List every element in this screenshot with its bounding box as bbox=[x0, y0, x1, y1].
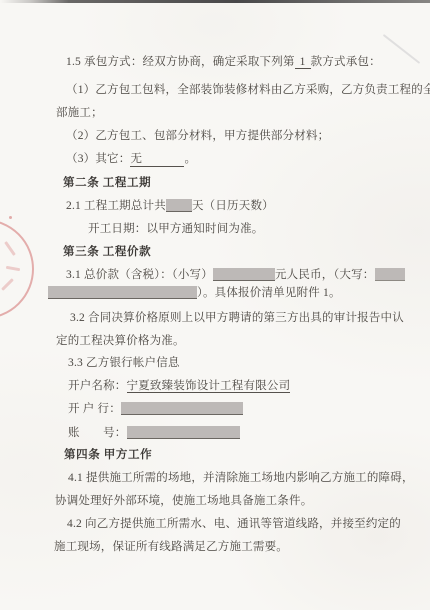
account-number-label: 账 号： bbox=[68, 427, 127, 439]
section-3-heading: 第三条 工程价款 bbox=[63, 245, 151, 259]
scanned-contract-page: 1.5 承包方式：经双方协商，确定采取下列第1款方式承包： （1）乙方包工包料，… bbox=[0, 0, 430, 610]
clause-4-1-text: 4.1 提供施工所需的场地，并清除施工场地内影响乙方施工的障碍， bbox=[68, 472, 414, 484]
clause-3-1-line-1: 3.1 总价款（含税）：（小写）元人民币，（大写： bbox=[66, 268, 405, 282]
redacted-account-number bbox=[127, 426, 240, 439]
clause-3-2-line-2: 定的工程决算价格为准。 bbox=[56, 334, 185, 348]
option-1-line-1: （1）乙方包工包料，全部装饰装修材料由乙方采购，乙方负责工程的全 bbox=[66, 83, 430, 97]
seal-text-mark bbox=[4, 241, 16, 256]
clause-4-1-text-cont: 协调处理好外部环境，使施工场地具备施工条件。 bbox=[55, 495, 312, 507]
start-date-line: 开工日期：以甲方通知时间为准。 bbox=[88, 222, 264, 236]
seal-text-mark bbox=[6, 266, 20, 271]
clause-2-1-prefix: 2.1 工程工期总计共 bbox=[66, 200, 166, 212]
bank-label: 开 户 行： bbox=[68, 403, 121, 415]
redacted-duration-value bbox=[166, 199, 192, 212]
red-seal-stamp bbox=[0, 219, 34, 319]
clause-3-2-line-1: 3.2 合同决算价格原则上以甲方聘请的第三方出具的审计报告中认 bbox=[70, 311, 404, 325]
section-4-heading: 第四条 甲方工作 bbox=[64, 448, 152, 462]
redacted-amount-numeric bbox=[213, 268, 275, 281]
clause-3-1-suffix: ）。具体报价清单见附件 1。 bbox=[197, 287, 341, 299]
redacted-bank-name bbox=[121, 402, 243, 415]
redacted-amount-words-start bbox=[375, 268, 405, 281]
clause-1-5-prefix: 1.5 承包方式：经双方协商，确定采取下列第 bbox=[66, 56, 295, 68]
clause-3-3-text: 3.3 乙方银行帐户信息 bbox=[68, 357, 180, 369]
option-3-period: 。 bbox=[184, 153, 196, 165]
clause-3-1-prefix: 3.1 总价款（含税）：（小写） bbox=[66, 269, 213, 281]
clause-4-1-line-2: 协调处理好外部环境，使施工场地具备施工条件。 bbox=[55, 494, 312, 508]
clause-4-2-text-cont: 施工现场，保证所有线路满足乙方施工需要。 bbox=[54, 541, 288, 553]
account-name-value: 宁夏致臻装饰设计工程有限公司 bbox=[127, 380, 291, 393]
clause-2-1-suffix: 天（日历天数） bbox=[192, 200, 274, 212]
clause-3-2-text: 3.2 合同决算价格原则上以甲方聘请的第三方出具的审计报告中认 bbox=[70, 312, 404, 324]
section-3-title: 第三条 工程价款 bbox=[63, 246, 151, 258]
section-2-title: 第二条 工程工期 bbox=[63, 177, 151, 189]
clause-1-5-suffix: 款方式承包： bbox=[311, 56, 381, 68]
pencil-scratch-mark bbox=[383, 34, 420, 64]
option-3-fill-in-value: 无 bbox=[130, 152, 184, 167]
start-date-text: 开工日期：以甲方通知时间为准。 bbox=[88, 223, 264, 235]
clause-2-1: 2.1 工程工期总计共天（日历天数） bbox=[66, 199, 274, 213]
option-1-line-2: 部施工； bbox=[56, 106, 103, 120]
scanner-edge-artifact bbox=[0, 0, 430, 3]
clause-4-2-line-2: 施工现场，保证所有线路满足乙方施工需要。 bbox=[54, 540, 288, 554]
option-3-line: （3）其它：无。 bbox=[66, 152, 196, 167]
clause-4-1-line-1: 4.1 提供施工所需的场地，并清除施工场地内影响乙方施工的障碍， bbox=[68, 471, 414, 485]
clause-3-1-line-2: ）。具体报价清单见附件 1。 bbox=[48, 286, 341, 300]
clause-4-2-line-1: 4.2 向乙方提供施工所需水、电、通讯等管道线路，并接至约定的 bbox=[67, 517, 401, 531]
redacted-amount-words-cont bbox=[48, 286, 197, 299]
contract-option-number: 1 bbox=[295, 56, 311, 69]
option-3-prefix: （3）其它： bbox=[66, 153, 130, 165]
section-2-heading: 第二条 工程工期 bbox=[63, 176, 151, 190]
option-2-text: （2）乙方包工、包部分材料，甲方提供部分材料； bbox=[66, 130, 329, 142]
bank-line: 开 户 行： bbox=[68, 402, 243, 416]
account-number-line: 账 号： bbox=[68, 426, 240, 440]
option-1-text: （1）乙方包工包料，全部装饰装修材料由乙方采购，乙方负责工程的全 bbox=[66, 84, 430, 96]
clause-3-3: 3.3 乙方银行帐户信息 bbox=[68, 356, 180, 370]
account-name-label: 开户名称： bbox=[68, 380, 127, 392]
seal-text-mark bbox=[1, 278, 14, 291]
account-name-line: 开户名称：宁夏致臻装饰设计工程有限公司 bbox=[68, 379, 290, 393]
clause-3-2-text-cont: 定的工程决算价格为准。 bbox=[56, 335, 185, 347]
clause-1-5: 1.5 承包方式：经双方协商，确定采取下列第1款方式承包： bbox=[66, 55, 381, 69]
red-ink-dot bbox=[9, 216, 12, 219]
clause-3-1-mid: 元人民币，（大写： bbox=[275, 269, 375, 281]
option-1-text-cont: 部施工； bbox=[56, 107, 103, 119]
section-4-title: 第四条 甲方工作 bbox=[64, 449, 152, 461]
clause-4-2-text: 4.2 向乙方提供施工所需水、电、通讯等管道线路，并接至约定的 bbox=[67, 518, 401, 530]
option-2-line: （2）乙方包工、包部分材料，甲方提供部分材料； bbox=[66, 129, 329, 143]
